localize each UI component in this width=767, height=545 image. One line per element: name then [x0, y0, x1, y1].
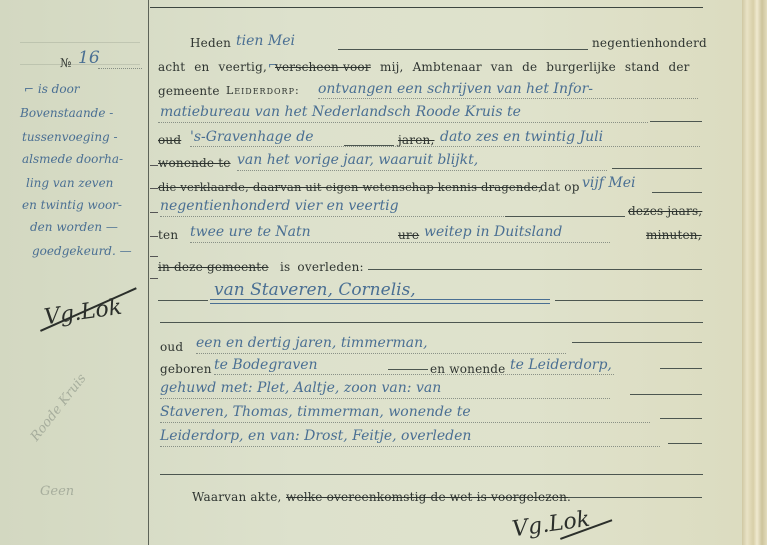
- handwritten-text: 's-Gravenhage de: [190, 129, 314, 145]
- document-page: № 16 ⌐ is door Bovenstaande - tussenvoeg…: [0, 0, 742, 545]
- margin-note-line: alsmede doorha-: [22, 152, 123, 166]
- printed-text: is overleden:: [280, 260, 364, 274]
- printed-text: dat op: [540, 180, 580, 194]
- handwritten-text: negentienhonderd vier en veertig: [160, 198, 399, 214]
- margin-note-line: den worden —: [30, 220, 118, 234]
- struck-text: verscheen voor: [275, 60, 371, 74]
- margin-note-line: en twintig woor-: [22, 198, 122, 212]
- handwritten-text: te Leiderdorp,: [510, 357, 612, 373]
- printed-text: geboren: [160, 362, 212, 376]
- handwritten-text: gehuwd met: Plet, Aaltje, zoon van: van: [160, 380, 441, 396]
- printed-text: gemeente: [158, 84, 220, 98]
- struck-text: oud: [158, 133, 181, 147]
- struck-text: ure: [398, 228, 419, 242]
- struck-text: die verklaarde, daarvan uit eigen wetens…: [158, 180, 542, 194]
- printed-text: oud: [160, 340, 183, 354]
- handwritten-text: Staveren, Thomas, timmerman, wonende te: [160, 404, 471, 420]
- printed-text: acht en veertig,: [158, 60, 267, 74]
- struck-text: dezes jaars,: [628, 204, 702, 218]
- top-rule: [150, 7, 703, 8]
- margin-divider: [148, 0, 149, 545]
- struck-text: in deze gemeente: [158, 260, 269, 274]
- handwritten-text: dato zes en twintig Juli: [440, 129, 603, 145]
- handwritten-text: Leiderdorp, en van: Drost, Feitje, overl…: [160, 428, 471, 444]
- handwritten-text: twee ure te Natn: [190, 224, 311, 240]
- struck-text: jaren,: [398, 133, 434, 147]
- municipality-name: Leiderdorp:: [226, 84, 300, 97]
- struck-text: welke overeenkomstig de wet is voorgelez…: [286, 490, 571, 504]
- printed-text: Waarvan akte,: [192, 490, 282, 504]
- handwritten-text: vijf Mei: [582, 175, 635, 191]
- handwritten-text: te Bodegraven: [214, 357, 318, 373]
- handwritten-text: van het vorige jaar, waaruit blijkt,: [237, 152, 478, 168]
- official-signature: Vg.Lok: [511, 507, 592, 543]
- pencil-note: Geen: [40, 484, 74, 499]
- handwritten-text: weitep in Duitsland: [424, 224, 562, 240]
- record-number: 16: [78, 48, 100, 68]
- margin-note-line: tussenvoeging -: [22, 130, 118, 144]
- struck-text: minuten,: [646, 228, 702, 242]
- handwritten-text: ontvangen een schrijven van het Infor-: [318, 81, 593, 97]
- book-page-edge: [742, 0, 767, 545]
- margin-note-line: Bovenstaande -: [20, 106, 113, 120]
- record-number-label: №: [60, 56, 71, 70]
- handwritten-date: tien Mei: [236, 33, 295, 49]
- printed-text: mij, Ambtenaar van de burgerlijke stand …: [380, 60, 690, 74]
- handwritten-text: een en dertig jaren, timmerman,: [196, 335, 428, 351]
- margin-note-line: ling van zeven: [26, 176, 113, 190]
- margin-note-line: ⌐ is door: [24, 82, 80, 96]
- struck-text: wonende te: [158, 156, 231, 170]
- handwritten-text: matiebureau van het Nederlandsch Roode K…: [160, 104, 521, 120]
- deceased-name: van Staveren, Cornelis,: [214, 280, 416, 300]
- pencil-note: Roode Kruis: [28, 371, 90, 444]
- printed-text: Heden: [190, 36, 231, 50]
- printed-text: ten: [158, 228, 178, 242]
- margin-note-line: goedgekeurd. —: [32, 244, 132, 258]
- printed-text: negentienhonderd: [592, 36, 707, 50]
